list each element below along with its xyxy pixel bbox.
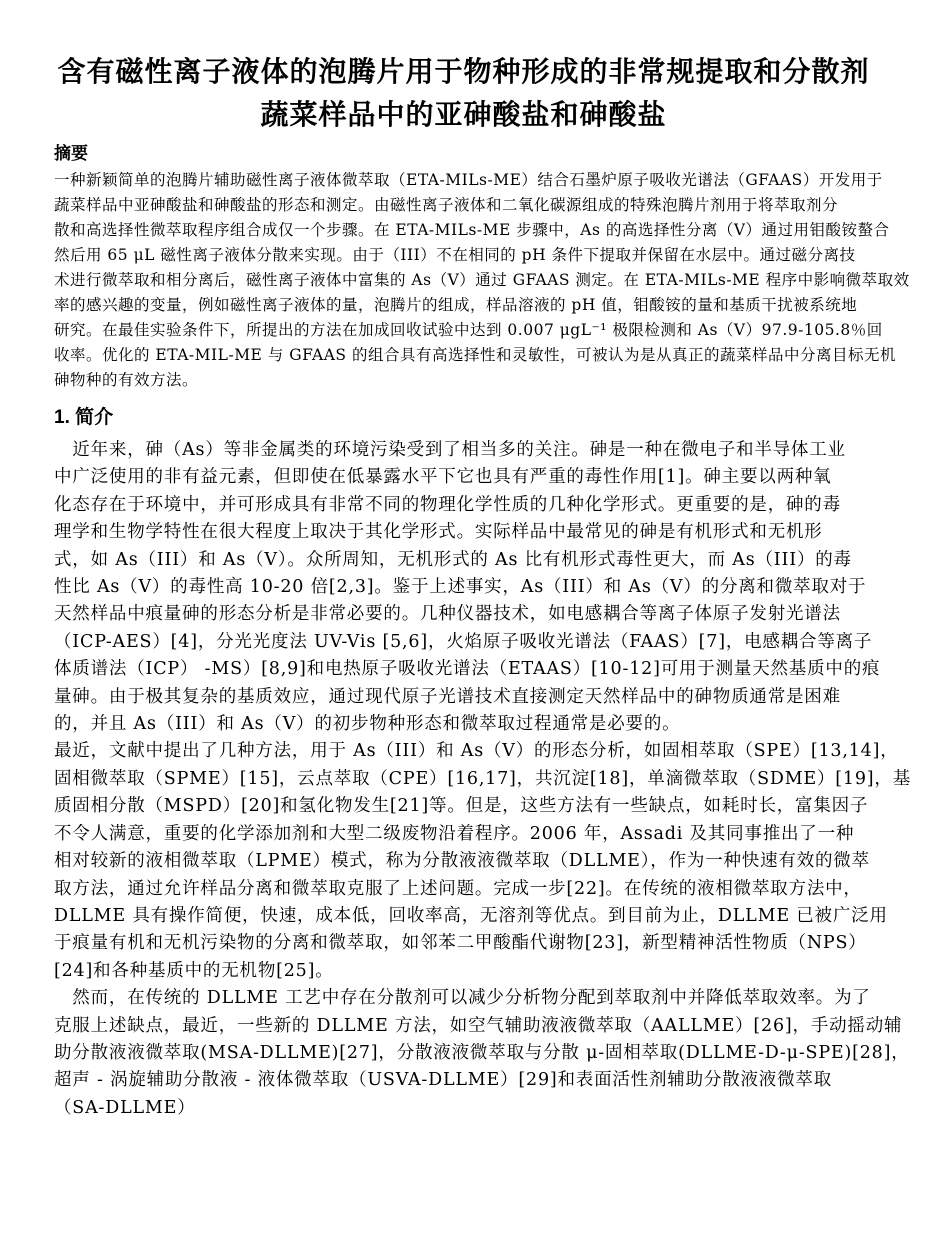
introduction-line: （SA-DLLME） — [54, 1095, 873, 1122]
introduction-line: 中广泛使用的非有益元素，但即使在低暴露水平下它也具有严重的毒性作用[1]。砷主要… — [54, 464, 873, 491]
introduction-line: 不令人满意，重要的化学添加剂和大型二级废物沿着程序。2006 年，Assadi … — [54, 821, 873, 848]
introduction-line: 最近，文献中提出了几种方法，用于 As（III）和 As（V）的形态分析，如固相… — [54, 738, 873, 765]
abstract-line: 率的感兴趣的变量，例如磁性离子液体的量，泡腾片的组成，样品溶液的 pH 值，钼酸… — [54, 293, 873, 318]
paper-page: 含有磁性离子液体的泡腾片用于物种形成的非常规提取和分散剂蔬菜样品中的亚砷酸盐和砷… — [0, 0, 927, 1122]
introduction-line: 然而，在传统的 DLLME 工艺中存在分散剂可以减少分析物分配到萃取剂中并降低萃… — [54, 985, 873, 1012]
introduction-line: 理学和生物学特性在很大程度上取决于其化学形式。实际样品中最常见的砷是有机形式和无… — [54, 519, 873, 546]
abstract-line: 散和高选择性微萃取程序组合成仅一个步骤。在 ETA-MILs-ME 步骤中，As… — [54, 218, 873, 243]
introduction-line: 于痕量有机和无机污染物的分离和微萃取，如邻苯二甲酸酯代谢物[23]，新型精神活性… — [54, 930, 873, 957]
introduction-line: 性比 As（V）的毒性高 10-20 倍[2,3]。鉴于上述事实，As（III）… — [54, 574, 873, 601]
paper-title: 含有磁性离子液体的泡腾片用于物种形成的非常规提取和分散剂蔬菜样品中的亚砷酸盐和砷… — [54, 50, 873, 136]
paper-title-line: 蔬菜样品中的亚砷酸盐和砷酸盐 — [54, 93, 873, 136]
abstract-line: 收率。优化的 ETA-MIL-ME 与 GFAAS 的组合具有高选择性和灵敏性，… — [54, 343, 873, 368]
abstract-line: 一种新颖简单的泡腾片辅助磁性离子液体微萃取（ETA-MILs-ME）结合石墨炉原… — [54, 168, 873, 193]
abstract-line: 砷物种的有效方法。 — [54, 368, 873, 393]
introduction-line: 天然样品中痕量砷的形态分析是非常必要的。几种仪器技术，如电感耦合等离子体原子发射… — [54, 601, 873, 628]
abstract-line: 蔬菜样品中亚砷酸盐和砷酸盐的形态和测定。由磁性离子液体和二氧化碳源组成的特殊泡腾… — [54, 193, 873, 218]
abstract-line: 研究。在最佳实验条件下，所提出的方法在加成回收试验中达到 0.007 μgL⁻¹… — [54, 318, 873, 343]
introduction-line: 量砷。由于极其复杂的基质效应，通过现代原子光谱技术直接测定天然样品中的砷物质通常… — [54, 684, 873, 711]
introduction-line: （ICP-AES）[4]，分光光度法 UV-Vis [5,6]，火焰原子吸收光谱… — [54, 629, 873, 656]
introduction-heading: 1. 简介 — [54, 405, 873, 431]
abstract-heading: 摘要 — [54, 142, 873, 166]
abstract-body: 一种新颖简单的泡腾片辅助磁性离子液体微萃取（ETA-MILs-ME）结合石墨炉原… — [54, 168, 873, 393]
abstract-line: 术进行微萃取和相分离后，磁性离子液体中富集的 As（V）通过 GFAAS 测定。… — [54, 268, 873, 293]
introduction-line: 助分散液液微萃取(MSA-DLLME)[27]，分散液液微萃取与分散 μ-固相萃… — [54, 1040, 873, 1067]
introduction-line: 超声 - 涡旋辅助分散液 - 液体微萃取（USVA-DLLME）[29]和表面活… — [54, 1067, 873, 1094]
introduction-line: DLLME 具有操作简便，快速，成本低，回收率高，无溶剂等优点。到目前为止，DL… — [54, 903, 873, 930]
introduction-line: 质固相分散（MSPD）[20]和氢化物发生[21]等。但是，这些方法有一些缺点，… — [54, 793, 873, 820]
introduction-line: 化态存在于环境中，并可形成具有非常不同的物理化学性质的几种化学形式。更重要的是，… — [54, 492, 873, 519]
introduction-line: 取方法，通过允许样品分离和微萃取克服了上述问题。完成一步[22]。在传统的液相微… — [54, 876, 873, 903]
introduction-line: 克服上述缺点，最近，一些新的 DLLME 方法，如空气辅助液液微萃取（AALLM… — [54, 1013, 873, 1040]
introduction-body: 近年来，砷（As）等非金属类的环境污染受到了相当多的关注。砷是一种在微电子和半导… — [54, 437, 873, 1122]
introduction-line: 式，如 As（III）和 As（V）。众所周知，无机形式的 As 比有机形式毒性… — [54, 547, 873, 574]
introduction-line: 的，并且 As（III）和 As（V）的初步物种形态和微萃取过程通常是必要的。 — [54, 711, 873, 738]
introduction-line: [24]和各种基质中的无机物[25]。 — [54, 958, 873, 985]
abstract-line: 然后用 65 μL 磁性离子液体分散来实现。由于（III）不在相同的 pH 条件… — [54, 243, 873, 268]
introduction-line: 体质谱法（ICP） -MS）[8,9]和电热原子吸收光谱法（ETAAS）[10-… — [54, 656, 873, 683]
paper-title-line: 含有磁性离子液体的泡腾片用于物种形成的非常规提取和分散剂 — [54, 50, 873, 93]
introduction-line: 固相微萃取（SPME）[15]，云点萃取（CPE）[16,17]，共沉淀[18]… — [54, 766, 873, 793]
introduction-line: 相对较新的液相微萃取（LPME）模式，称为分散液液微萃取（DLLME），作为一种… — [54, 848, 873, 875]
introduction-line: 近年来，砷（As）等非金属类的环境污染受到了相当多的关注。砷是一种在微电子和半导… — [54, 437, 873, 464]
